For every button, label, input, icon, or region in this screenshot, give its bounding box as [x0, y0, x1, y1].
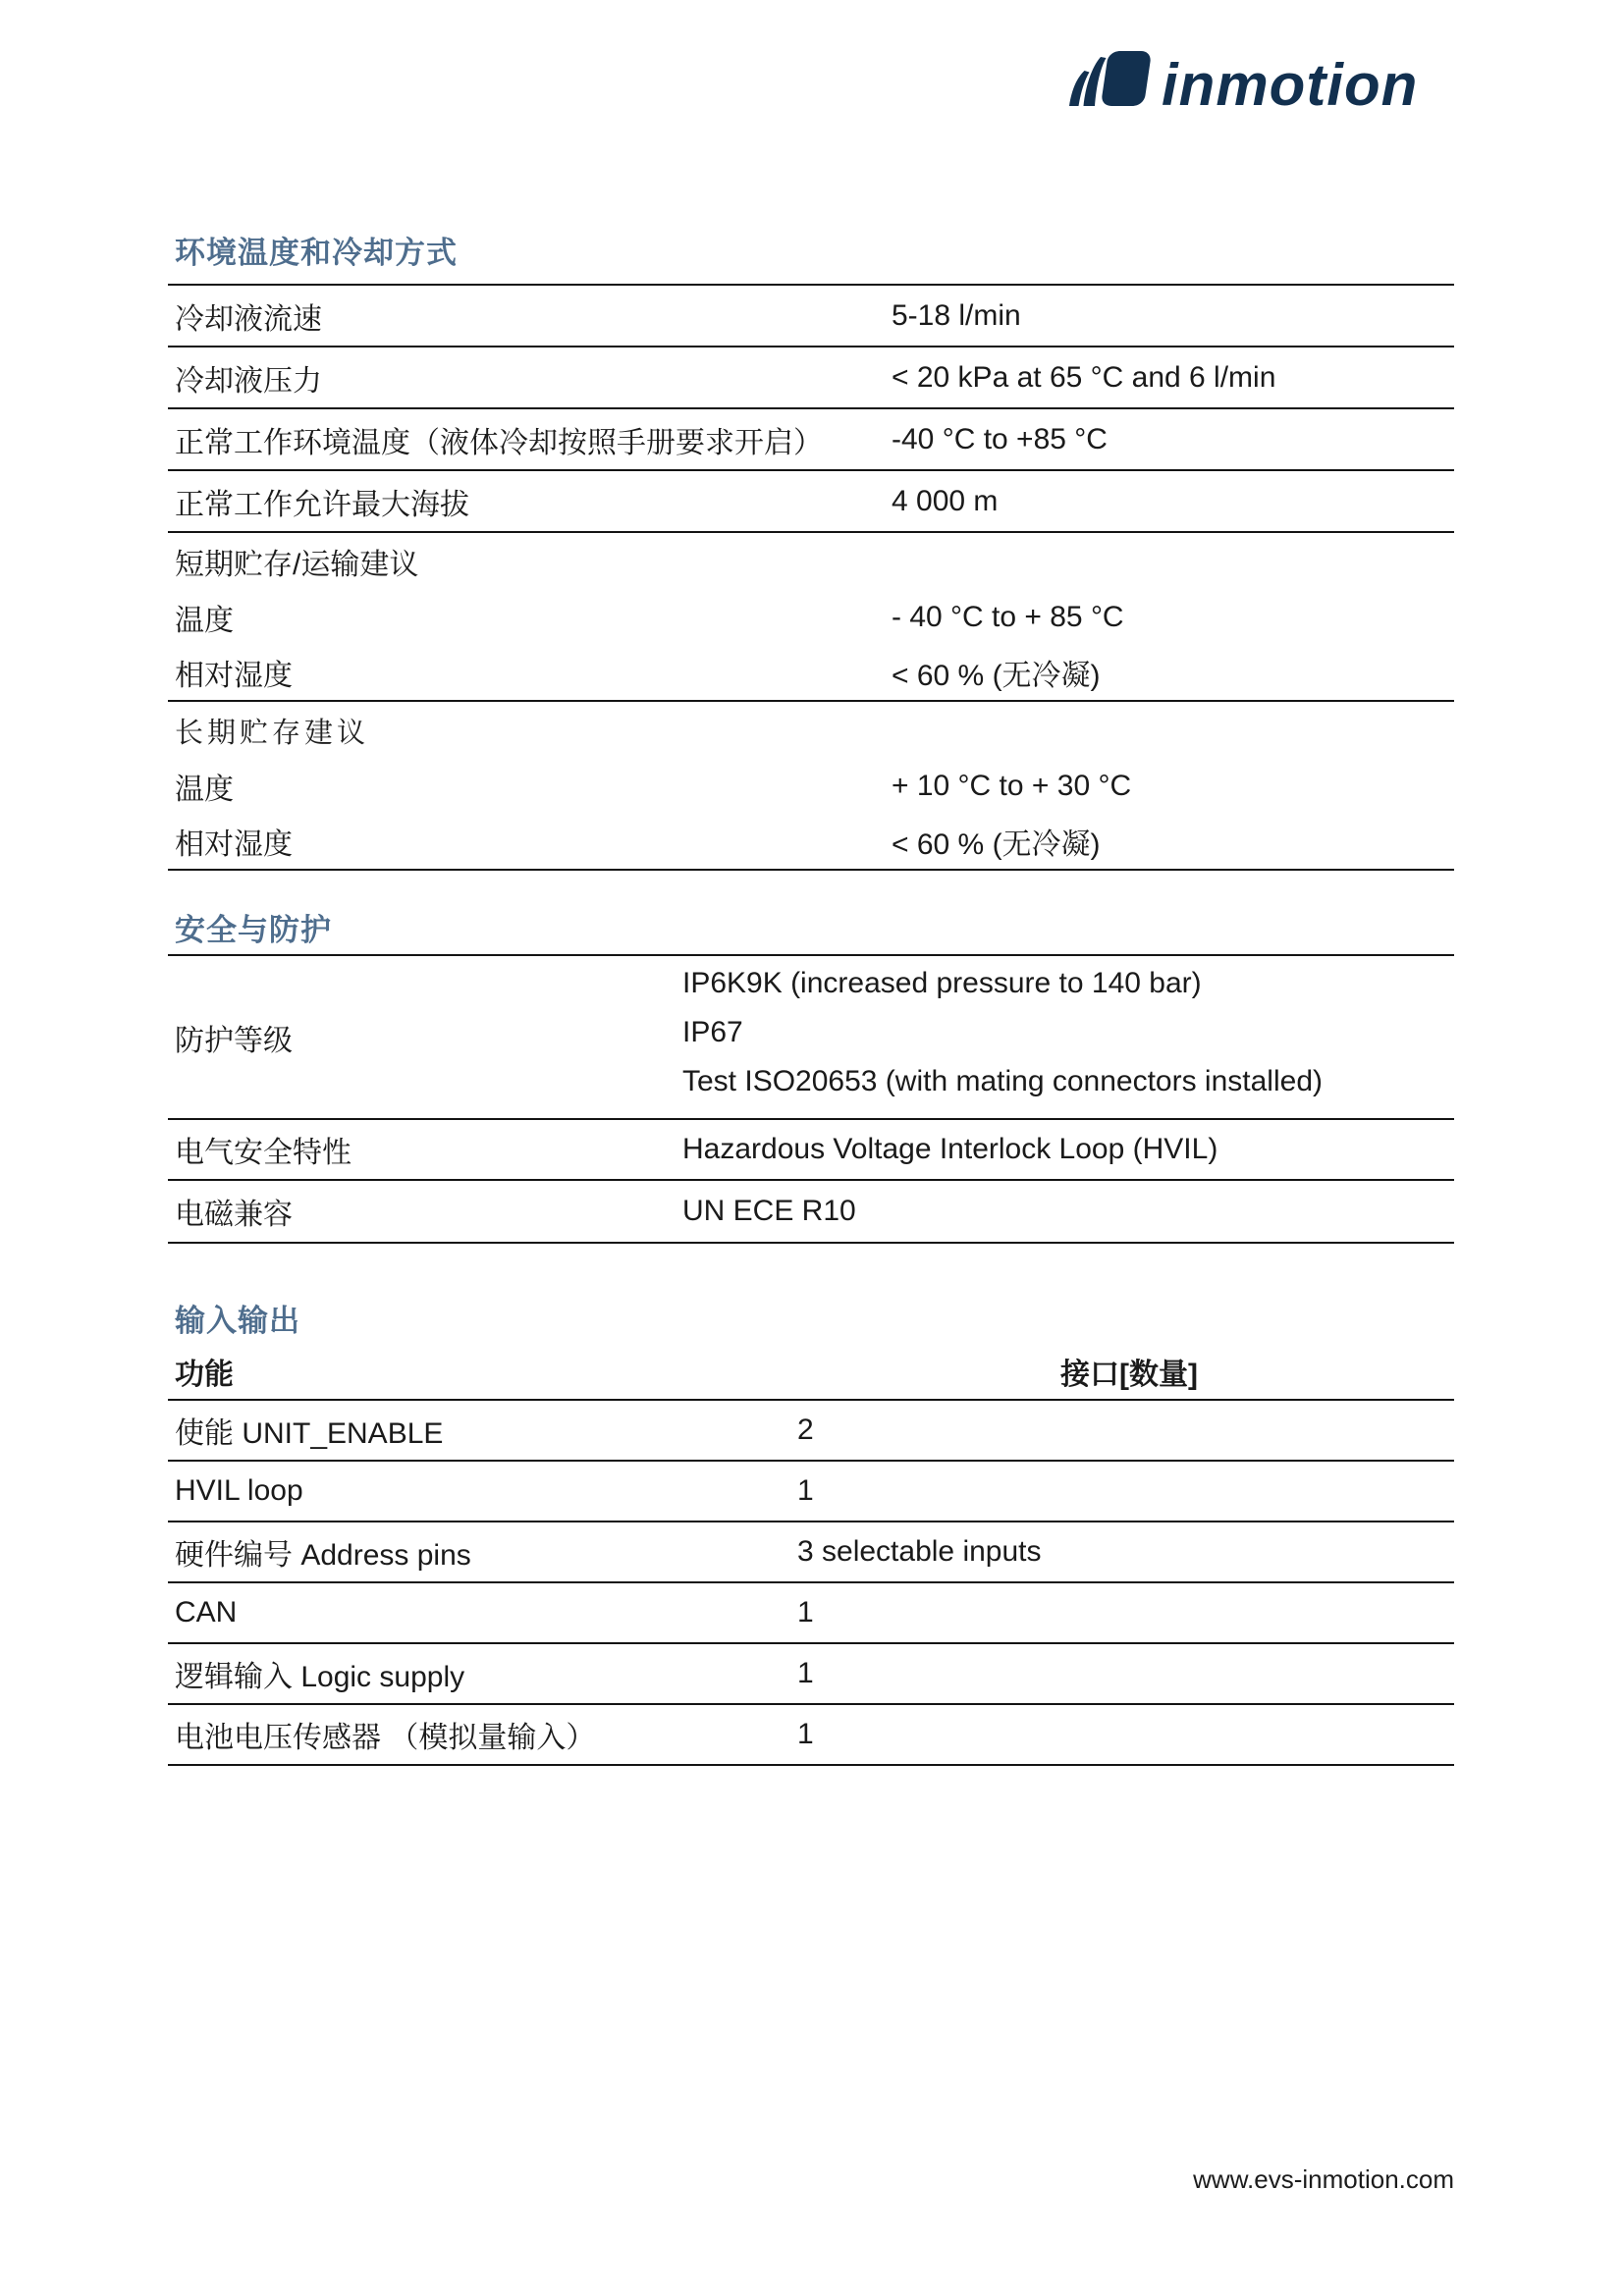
row-label: 正常工作环境温度（液体冷却按照手册要求开启） — [168, 418, 823, 461]
table-row: 温度 + 10 °C to + 30 °C — [168, 759, 1454, 814]
safety-table: 防护等级 IP6K9K (increased pressure to 140 b… — [168, 954, 1454, 1244]
group-title: 短期贮存/运输建议 — [168, 540, 418, 583]
table-row: 电磁兼容 UN ECE R10 — [168, 1181, 1454, 1244]
row-value: UN ECE R10 — [682, 1195, 856, 1228]
table-row: 逻辑输入 Logic supply 1 — [168, 1644, 1454, 1705]
table-row: HVIL loop 1 — [168, 1462, 1454, 1522]
row-label: 相对湿度 — [168, 820, 293, 863]
protection-value: IP67 — [682, 1008, 1323, 1057]
row-value: 1 — [797, 1718, 814, 1751]
short-term-storage-group: 短期贮存/运输建议 温度 - 40 °C to + 85 °C 相对湿度 < 6… — [168, 533, 1454, 702]
row-value: + 10 °C to + 30 °C — [892, 770, 1131, 803]
row-value: 2 — [797, 1414, 814, 1447]
row-value: 5-18 l/min — [892, 299, 1021, 333]
row-label: 电池电压传感器 （模拟量输入） — [168, 1713, 595, 1756]
table-row: 正常工作允许最大海拔 4 000 m — [168, 471, 1454, 533]
group-title: 长期贮存建议 — [168, 711, 369, 751]
table-row-protection-rating: 防护等级 IP6K9K (increased pressure to 140 b… — [168, 956, 1454, 1120]
io-table: 功能 接口[数量] 使能 UNIT_ENABLE 2 HVIL loop 1 硬… — [168, 1343, 1454, 1766]
group-title-row: 短期贮存/运输建议 — [168, 533, 1454, 590]
row-value: 3 selectable inputs — [797, 1535, 1042, 1569]
inmotion-logo-icon: inmotion — [1063, 45, 1466, 112]
footer-website-link[interactable]: www.evs-inmotion.com — [1193, 2164, 1454, 2195]
row-value: < 60 % (无冷凝) — [892, 820, 1101, 863]
table-row: 相对湿度 < 60 % (无冷凝) — [168, 814, 1454, 869]
row-label: CAN — [168, 1596, 237, 1629]
section-title-environment: 环境温度和冷却方式 — [175, 228, 458, 272]
row-value: < 60 % (无冷凝) — [892, 651, 1101, 694]
table-row: 使能 UNIT_ENABLE 2 — [168, 1401, 1454, 1462]
row-value: Hazardous Voltage Interlock Loop (HVIL) — [682, 1133, 1217, 1166]
row-value: 1 — [797, 1657, 814, 1690]
io-table-header: 功能 接口[数量] — [168, 1343, 1454, 1401]
logo-wordmark: inmotion — [1162, 52, 1418, 112]
row-label: 温度 — [168, 596, 234, 639]
section-title-io: 输入输出 — [175, 1296, 300, 1340]
row-value: < 20 kPa at 65 °C and 6 l/min — [892, 361, 1275, 395]
row-label: 温度 — [168, 765, 234, 808]
row-value: 1 — [797, 1596, 814, 1629]
table-row: 冷却液压力 < 20 kPa at 65 °C and 6 l/min — [168, 347, 1454, 409]
row-label: HVIL loop — [168, 1474, 303, 1508]
environment-table: 冷却液流速 5-18 l/min 冷却液压力 < 20 kPa at 65 °C… — [168, 284, 1454, 871]
row-value: -40 °C to +85 °C — [892, 423, 1108, 456]
row-value: 1 — [797, 1474, 814, 1508]
table-row: 相对湿度 < 60 % (无冷凝) — [168, 645, 1454, 700]
table-row: CAN 1 — [168, 1583, 1454, 1644]
section-title-safety: 安全与防护 — [175, 905, 332, 949]
table-row: 正常工作环境温度（液体冷却按照手册要求开启） -40 °C to +85 °C — [168, 409, 1454, 471]
group-title-row: 长期贮存建议 — [168, 702, 1454, 759]
table-row: 电气安全特性 Hazardous Voltage Interlock Loop … — [168, 1120, 1454, 1181]
row-label: 电气安全特性 — [168, 1128, 352, 1171]
row-label: 正常工作允许最大海拔 — [168, 480, 469, 523]
column-header-function: 功能 — [168, 1350, 234, 1393]
row-value: - 40 °C to + 85 °C — [892, 601, 1124, 634]
table-row: 硬件编号 Address pins 3 selectable inputs — [168, 1522, 1454, 1583]
table-row: 冷却液流速 5-18 l/min — [168, 286, 1454, 347]
row-label: 相对湿度 — [168, 651, 293, 694]
protection-values: IP6K9K (increased pressure to 140 bar) I… — [682, 959, 1323, 1106]
column-header-interface: 接口[数量] — [1060, 1350, 1198, 1393]
table-row: 电池电压传感器 （模拟量输入） 1 — [168, 1705, 1454, 1766]
protection-value: IP6K9K (increased pressure to 140 bar) — [682, 959, 1323, 1008]
row-label: 逻辑输入 Logic supply — [168, 1652, 464, 1695]
row-label: 使能 UNIT_ENABLE — [168, 1409, 443, 1452]
inmotion-logo: inmotion — [1063, 45, 1466, 112]
row-value: 4 000 m — [892, 485, 998, 518]
row-label: 电磁兼容 — [168, 1190, 293, 1233]
row-label: 冷却液流速 — [168, 294, 322, 338]
protection-value: Test ISO20653 (with mating connectors in… — [682, 1057, 1323, 1106]
long-term-storage-group: 长期贮存建议 温度 + 10 °C to + 30 °C 相对湿度 < 60 %… — [168, 702, 1454, 871]
logo-block — [1102, 51, 1150, 106]
row-label: 硬件编号 Address pins — [168, 1530, 471, 1574]
row-label: 防护等级 — [168, 1016, 293, 1059]
datasheet-page: inmotion 环境温度和冷却方式 冷却液流速 5-18 l/min 冷却液压… — [0, 0, 1623, 2296]
row-label: 冷却液压力 — [168, 356, 322, 400]
table-row: 温度 - 40 °C to + 85 °C — [168, 590, 1454, 645]
